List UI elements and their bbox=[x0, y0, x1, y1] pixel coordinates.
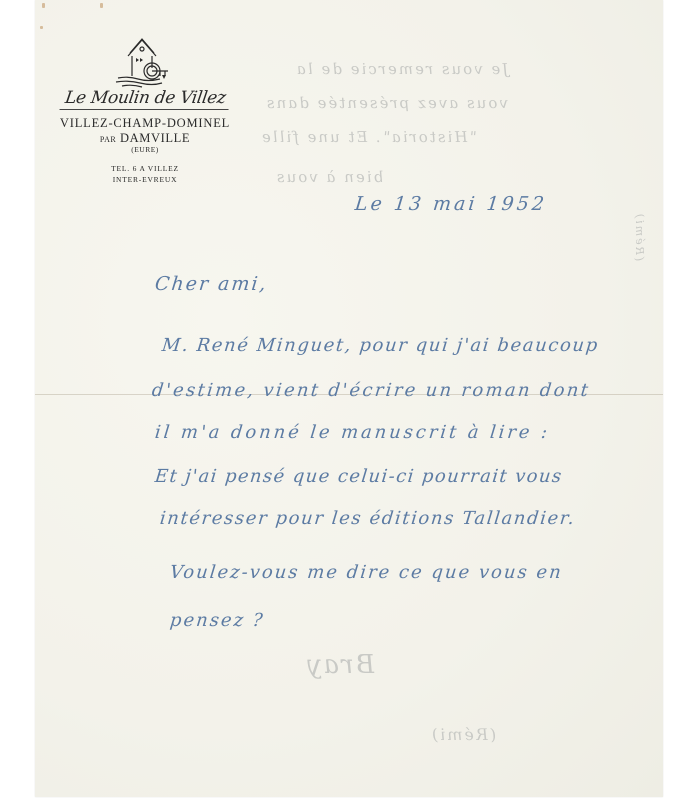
show-through-signature-paren: (Rémi) bbox=[429, 725, 497, 744]
letterhead-tel-line: INTER-EVREUX bbox=[45, 174, 245, 185]
letterhead: Le Moulin de Villez VILLEZ-CHAMP-DOMINEL… bbox=[45, 34, 245, 185]
letter-body-line: il m'a donné le manuscrit à lire : bbox=[154, 422, 551, 443]
show-through-margin-note: (Rémi) bbox=[633, 212, 646, 261]
show-through-signature: Bray bbox=[303, 650, 376, 680]
letterhead-par: PAR bbox=[100, 135, 116, 144]
letter-body-line: intéresser pour les éditions Tallandier. bbox=[159, 508, 577, 529]
letter-salutation: Cher ami, bbox=[154, 273, 269, 295]
show-through-line: "Historia". Et une fille bbox=[259, 128, 477, 146]
watermill-house-icon bbox=[110, 34, 180, 90]
letter-body-line: pensez ? bbox=[169, 610, 266, 631]
letter-date: Le 13 mai 1952 bbox=[354, 193, 548, 215]
letterhead-brand: Le Moulin de Villez bbox=[59, 88, 231, 110]
show-through-line: bien à vous bbox=[274, 168, 384, 186]
letterhead-tel-line: TEL. 6 A VILLEZ bbox=[45, 163, 245, 174]
letter-body-line: d'estime, vient d'écrire un roman dont bbox=[151, 380, 591, 401]
letter-body-line: Voulez-vous me dire ce que vous en bbox=[169, 562, 564, 583]
letter-body-line: M. René Minguet, pour qui j'ai beaucoup bbox=[161, 335, 600, 356]
letterhead-address-line: VILLEZ-CHAMP-DOMINEL bbox=[45, 116, 245, 131]
foxing-spot bbox=[100, 3, 103, 8]
show-through-line: Je vous remercie de la bbox=[294, 60, 509, 78]
foxing-spot bbox=[40, 26, 43, 29]
letter-body-line: Et j'ai pensé que celui-ci pourrait vous bbox=[154, 466, 564, 487]
letterhead-town-line: PAR DAMVILLE bbox=[45, 131, 245, 146]
foxing-spot bbox=[42, 3, 45, 8]
letterhead-telephone: TEL. 6 A VILLEZ INTER-EVREUX bbox=[45, 163, 245, 185]
letterhead-town: DAMVILLE bbox=[120, 131, 190, 145]
show-through-line: vous avez présentée dans bbox=[264, 94, 509, 112]
letterhead-region: (EURE) bbox=[45, 145, 245, 154]
